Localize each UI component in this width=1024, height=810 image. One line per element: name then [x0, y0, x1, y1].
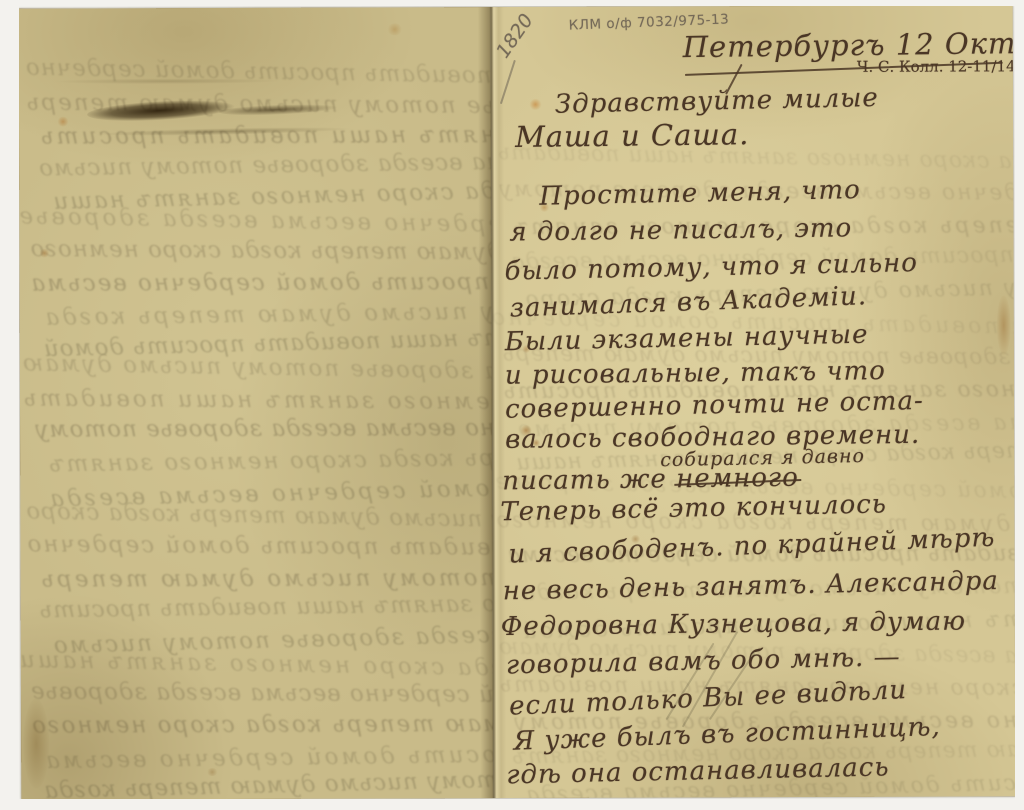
strike-line-pre: писать же	[502, 464, 676, 496]
bleedthrough-line: повидать просить домой сердечно весьма в…	[30, 678, 493, 709]
scan-margin-top	[0, 0, 1024, 6]
foxing-spot	[529, 99, 542, 110]
page-left: немного занятъ наши повидать просить дом…	[19, 7, 494, 800]
bleedthrough-line: весьма всегда здоровье потому письмо дум…	[39, 563, 494, 592]
letter-paper: немного занятъ наши повидать просить дом…	[19, 5, 1016, 799]
foxing-spot	[387, 23, 403, 35]
letter-line: Федоровна Кузнецова, я думаю	[501, 606, 967, 642]
scanned-letter: немного занятъ наши повидать просить дом…	[0, 0, 1024, 810]
bleedthrough-line: когда скоро немного занятъ наши повидать…	[39, 587, 494, 623]
scan-margin-bottom	[0, 799, 1024, 810]
fold-crease	[478, 7, 507, 798]
bleedthrough-line: просить домой сердечно весьма всегда здо…	[34, 414, 493, 443]
bleedthrough-line: домой сердечно весьма всегда здоровье по…	[38, 145, 493, 181]
foxing-spot	[57, 117, 69, 127]
scan-margin-left	[0, 0, 19, 810]
bleedthrough-line: потому письмо думаю теперь когда скоро н…	[30, 710, 493, 739]
bleedthrough-line: всегда здоровье потому письмо думаю тепе…	[43, 294, 494, 331]
bleedthrough-line: немного занятъ наши повидать просить дом…	[25, 55, 494, 94]
letter-line: я долго не писалъ, это	[509, 213, 852, 247]
struck-word: немного	[676, 463, 799, 494]
edge-stain	[23, 699, 49, 789]
edge-stain	[997, 295, 1011, 355]
bleedthrough-line: сердечно весьма всегда здоровье потому п…	[21, 350, 494, 390]
page-right: теперь когда скоро немного занятъ наши п…	[491, 5, 1016, 798]
bleedthrough-line: потому письмо думаю теперь когда скоро н…	[29, 236, 493, 267]
letter-line: и рисовальные, такъ что	[505, 356, 886, 391]
scan-margin-right	[1015, 0, 1024, 810]
bleedthrough-line: теперь когда скоро немного занятъ наши п…	[21, 385, 493, 417]
greeting-line-2: Маша и Саша.	[515, 117, 750, 154]
bleedthrough-line: здоровье потому письмо думаю теперь когд…	[25, 498, 493, 536]
foxing-spot	[206, 768, 218, 776]
foxing-spot	[39, 249, 49, 258]
bleedthrough-line: занятъ наши повидать просить домой серде…	[30, 267, 494, 296]
bleedthrough-line: немного занятъ наши повидать просить дом…	[25, 531, 493, 563]
bleedthrough-text-left: немного занятъ наши повидать просить дом…	[19, 7, 494, 800]
bleedthrough-line: письмо думаю теперь когда скоро немного …	[47, 441, 493, 477]
collection-reference: Ч. С. Колл. 12-11/14.	[857, 57, 1016, 76]
